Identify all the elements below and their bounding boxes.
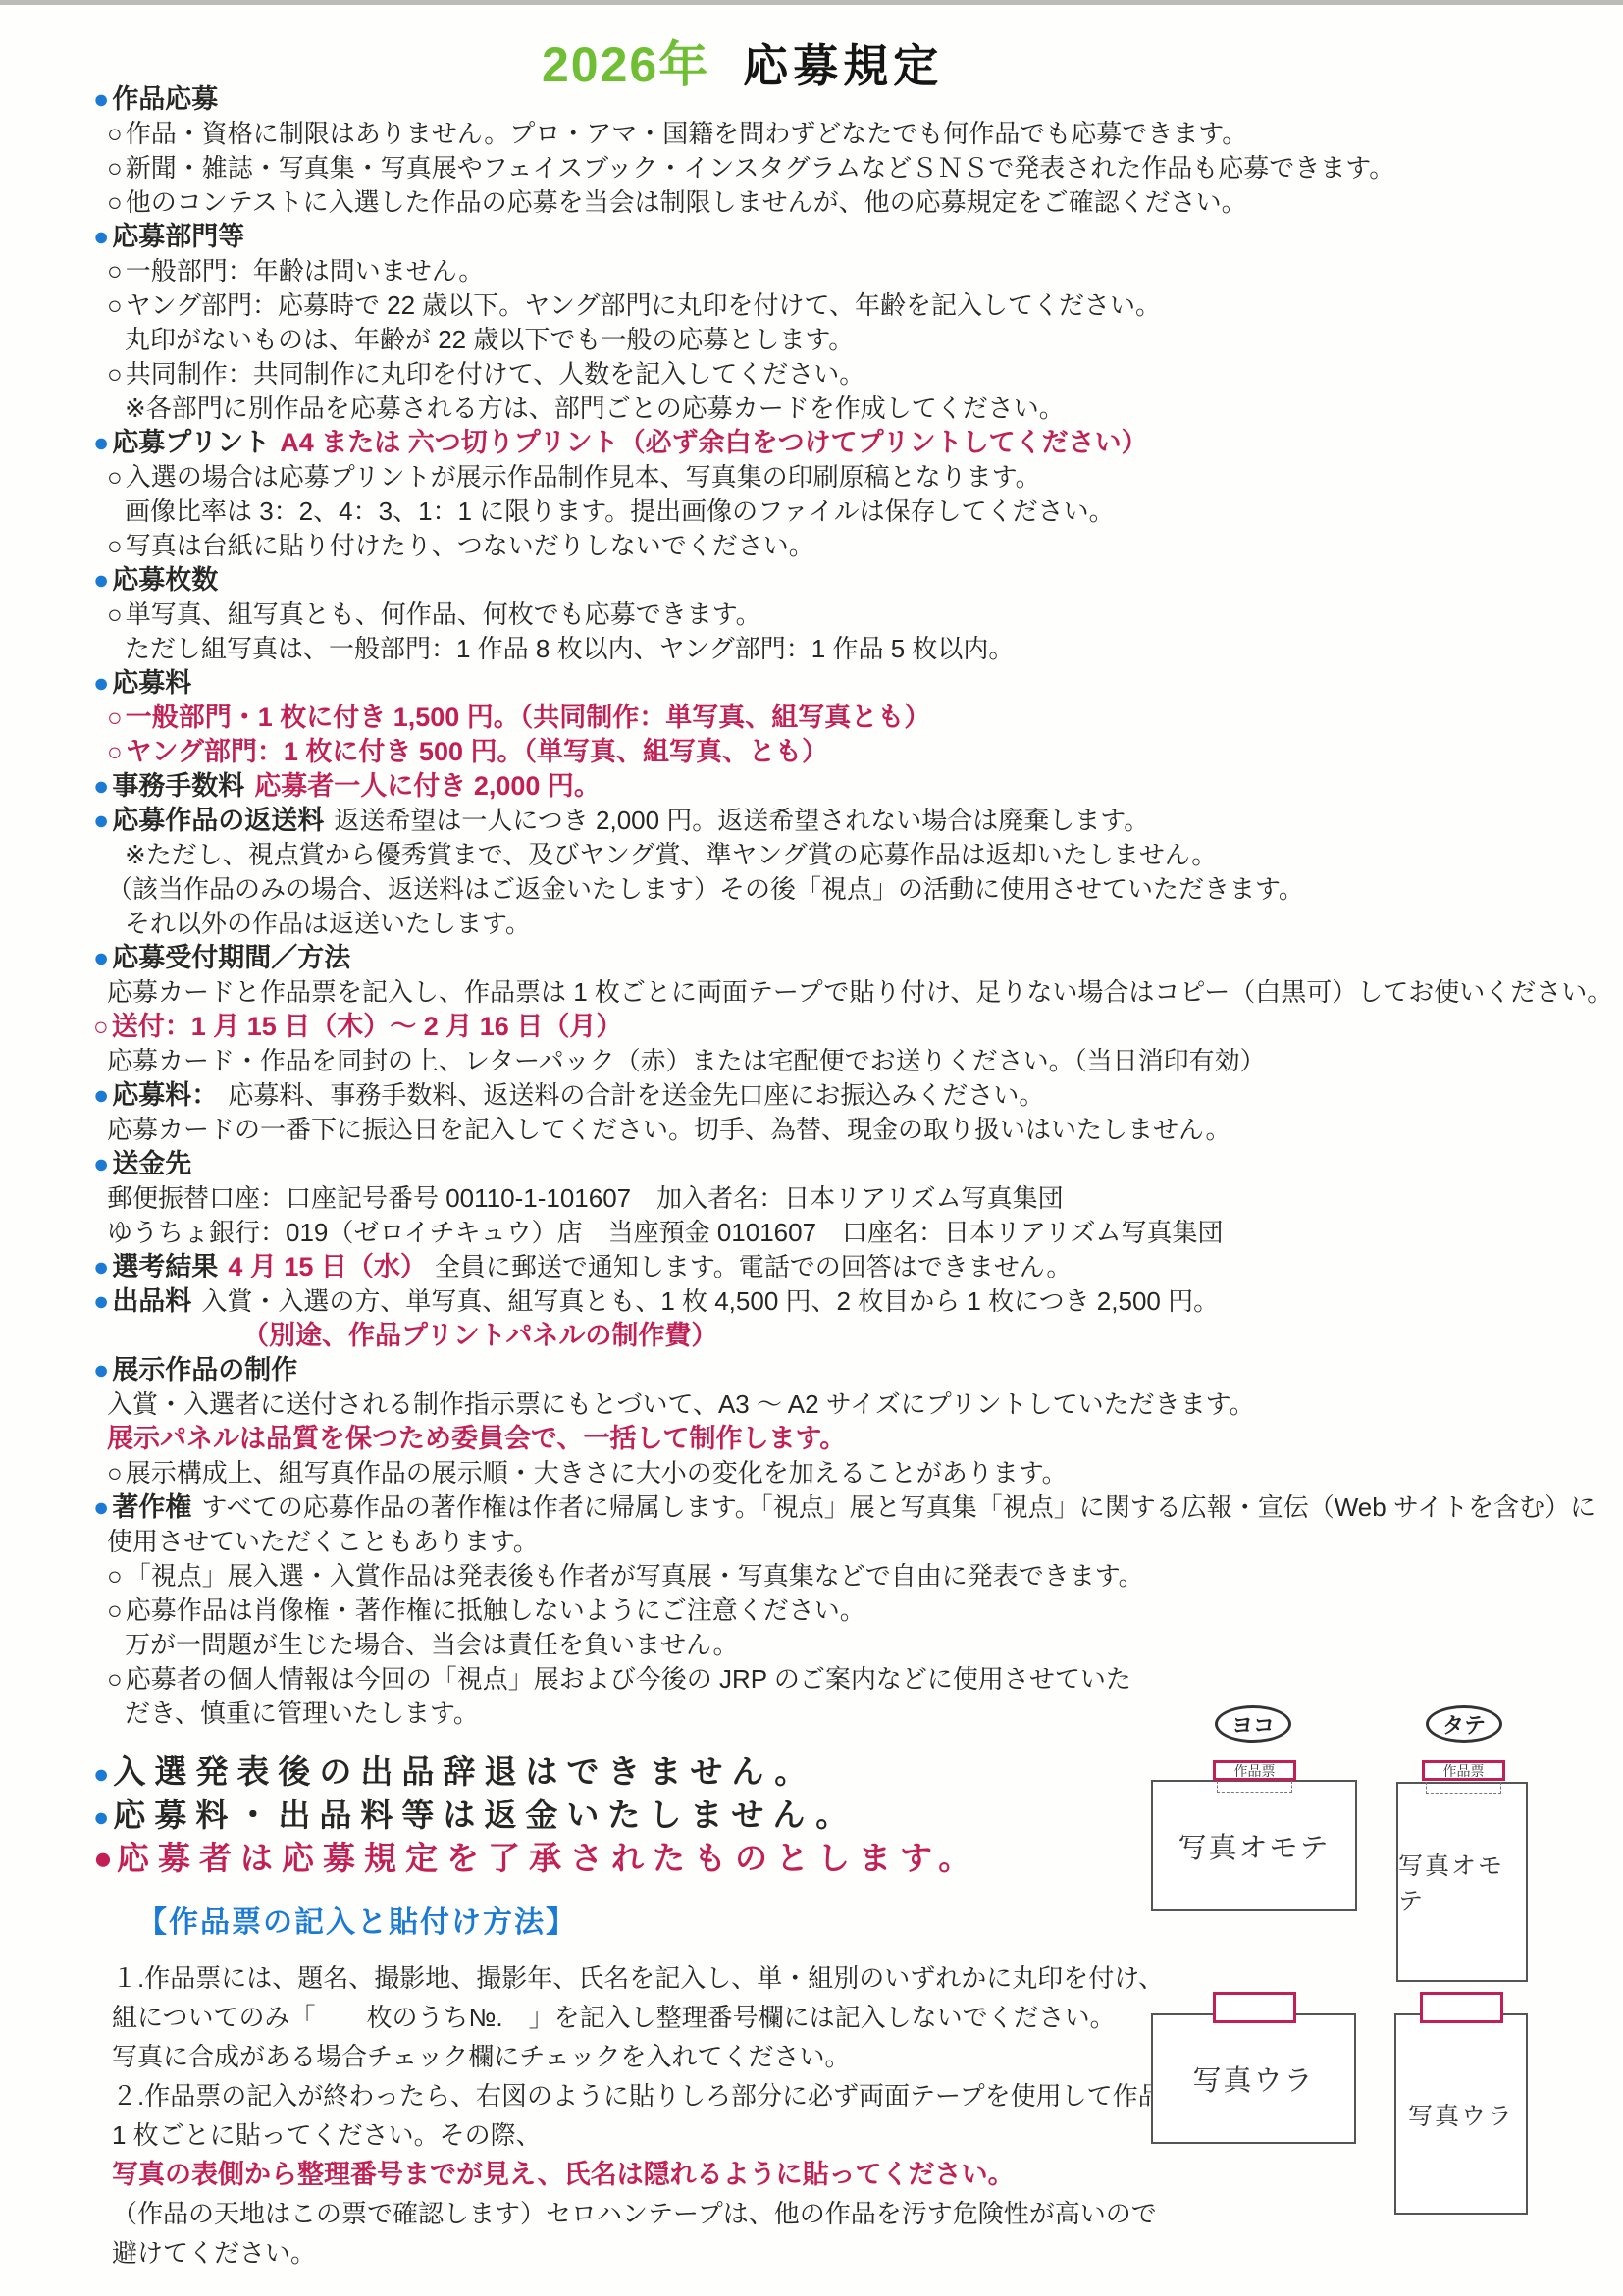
bullet-icon: ● — [93, 1252, 109, 1281]
rule-line: ○他のコンテストに入選した作品の応募を当会は制限しませんが、他の応募規定をご確認… — [93, 185, 1565, 220]
bullet-icon: ● — [93, 806, 109, 835]
rule-line: ●作品応募 — [93, 82, 1565, 117]
circle-icon: ○ — [107, 187, 123, 217]
bullet-icon: ● — [93, 84, 109, 114]
rule-line: ○応募作品は肖像権・著作権に抵触しないようにご注意ください。 — [93, 1593, 1565, 1628]
work-label-tab-front-portrait: 作品票 — [1422, 1760, 1505, 1781]
bullet-icon: ● — [93, 1286, 109, 1316]
section-heading: 展示作品の制作 — [112, 1355, 297, 1384]
rule-line: ※各部門に別作品を応募される方は、部門ごとの応募カードを作成してください。 — [93, 391, 1565, 426]
paste-method-heading: 【作品票の記入と貼付け方法】 — [137, 1898, 577, 1941]
paste-line: １.作品票には、題名、撮影地、撮影年、氏名を記入し、単・組別のいずれかに丸印を付… — [112, 1958, 1164, 1998]
circle-icon: ○ — [107, 600, 123, 629]
rule-line: ●出品料入賞・入選の方、単写真、組写真とも、1 枚 4,500 円、2 枚目から… — [93, 1284, 1565, 1319]
rule-line: ○共同制作：共同制作に丸印を付けて、人数を記入してください。 — [93, 357, 1565, 391]
section-heading: 著作権 — [112, 1492, 191, 1522]
circle-icon: ○ — [107, 462, 123, 492]
rule-line: ●応募料：応募料、事務手数料、返送料の合計を送金先口座にお振込みください。 — [93, 1078, 1565, 1113]
application-rules-page: 2026年 応募規定 ●作品応募 ○作品・資格に制限はありません。プロ・アマ・国… — [0, 0, 1623, 2296]
paste-line: 1 枚ごとに貼ってください。その際、 — [112, 2115, 1164, 2155]
circle-icon: ○ — [107, 290, 123, 320]
rule-line: ●展示作品の制作 — [93, 1353, 1565, 1387]
bullet-icon: ● — [93, 1802, 109, 1832]
photo-front-portrait: 写真オモテ — [1396, 1782, 1528, 1982]
rule-line: 使用させていただくこともあります。 — [93, 1525, 1565, 1559]
rule-line: ○入選の場合は応募プリントが展示作品制作見本、写真集の印刷原稿となります。 — [93, 460, 1565, 495]
glue-area-front-landscape — [1217, 1781, 1292, 1793]
section-heading: 選考結果 — [112, 1252, 218, 1281]
photo-back-landscape: 写真ウラ — [1151, 2013, 1356, 2144]
bullet-icon: ● — [93, 1840, 113, 1876]
paste-line: 避けてください。 — [112, 2233, 1164, 2272]
circle-icon: ○ — [107, 1595, 123, 1625]
bullet-icon: ● — [93, 1080, 109, 1110]
rule-line: 画像比率は 3：2、4：3、1：1 に限ります。提出画像のファイルは保存してくだ… — [93, 495, 1565, 529]
bullet-icon: ● — [93, 428, 109, 457]
rule-line: ○新聞・雑誌・写真集・写真展やフェイスブック・インスタグラムなどＳＮＳで発表され… — [93, 151, 1565, 185]
tate-badge: タテ — [1426, 1705, 1502, 1743]
rule-line: だき、慎重に管理いたします。 — [93, 1696, 1565, 1731]
rule-line: ●応募受付期間／方法 — [93, 941, 1565, 975]
circle-icon: ○ — [107, 737, 123, 766]
work-label-tab-front-landscape: 作品票 — [1213, 1760, 1296, 1781]
rule-line: （該当作品のみの場合、返送料はご返金いたします）その後「視点」の活動に使用させて… — [93, 872, 1565, 907]
rule-line: ○一般部門・1 枚に付き 1,500 円。（共同制作：単写真、組写真とも） — [93, 701, 1565, 735]
section-heading: 出品料 — [112, 1286, 191, 1316]
bullet-icon: ● — [93, 222, 109, 251]
section-heading: 応募料 — [112, 668, 191, 698]
photo-back-portrait: 写真ウラ — [1394, 2013, 1528, 2215]
bullet-icon: ● — [93, 1492, 109, 1522]
rule-line: ※ただし、視点賞から優秀賞まで、及びヤング賞、準ヤング賞の応募作品は返却いたしま… — [93, 838, 1565, 872]
rule-line: ○「視点」展入選・入賞作品は発表後も作者が写真展・写真集などで自由に発表できます… — [93, 1559, 1565, 1593]
bullet-icon: ● — [93, 668, 109, 698]
circle-icon: ○ — [107, 1458, 123, 1487]
rule-line: ○ヤング部門：応募時で 22 歳以下。ヤング部門に丸印を付けて、年齢を記入してく… — [93, 288, 1565, 323]
rule-line: 入賞・入選者に送付される制作指示票にもとづいて、A3 ～ A2 サイズにプリント… — [93, 1387, 1565, 1422]
rule-line: ○応募者の個人情報は今回の「視点」展および今後の JRP のご案内などに使用させ… — [93, 1662, 1565, 1696]
rule-line: ゆうちょ銀行：019（ゼロイチキュウ）店 当座預金 0101607 口座名：日本… — [93, 1216, 1565, 1250]
rule-line: ○作品・資格に制限はありません。プロ・アマ・国籍を問わずどなたでも何作品でも応募… — [93, 117, 1565, 151]
section-heading: 応募プリント — [112, 428, 270, 457]
rule-line: ただし組写真は、一般部門：1 作品 8 枚以内、ヤング部門：1 作品 5 枚以内… — [93, 632, 1565, 666]
rule-line: ●著作権すべての応募作品の著作権は作者に帰属します。「視点」展と写真集「視点」に… — [93, 1490, 1565, 1525]
section-heading: 事務手数料 — [112, 771, 244, 801]
section-heading: 応募料： — [112, 1080, 218, 1110]
rule-line: ●送金先 — [93, 1147, 1565, 1181]
rule-line: ●応募料 — [93, 666, 1565, 701]
section-heading: 応募枚数 — [112, 565, 218, 595]
bullet-icon: ● — [93, 1759, 109, 1789]
circle-icon: ○ — [93, 1012, 109, 1041]
closing-note: ●応募料・出品料等は返金いたしません。 — [93, 1794, 979, 1837]
yoko-badge: ヨコ — [1215, 1705, 1291, 1743]
rule-line: ○一般部門：年齢は問いません。 — [93, 254, 1565, 288]
paste-line: ２.作品票の記入が終わったら、右図のように貼りしろ部分に必ず両面テープを使用して… — [112, 2076, 1164, 2115]
closing-notes: ●入選発表後の出品辞退はできません。 ●応募料・出品料等は返金いたしません。 ●… — [93, 1750, 979, 1880]
circle-icon: ○ — [107, 256, 123, 286]
rule-line: ●選考結果4 月 15 日（水）全員に郵送で通知します。電話での回答はできません… — [93, 1250, 1565, 1284]
rule-line: ●応募作品の返送料返送希望は一人につき 2,000 円。返送希望されない場合は廃… — [93, 804, 1565, 838]
bullet-icon: ● — [93, 1355, 109, 1384]
rule-line: ●事務手数料応募者一人に付き 2,000 円。 — [93, 769, 1565, 804]
paste-line: 写真に合成がある場合チェック欄にチェックを入れてください。 — [112, 2037, 1164, 2076]
closing-note: ●入選発表後の出品辞退はできません。 — [93, 1750, 979, 1794]
rule-line: 応募カードと作品票を記入し、作品票は 1 枚ごとに両面テープで貼り付け、足りない… — [93, 975, 1565, 1010]
rule-line: ○ヤング部門：1 枚に付き 500 円。（単写真、組写真、とも） — [93, 735, 1565, 769]
rules-list: ●作品応募 ○作品・資格に制限はありません。プロ・アマ・国籍を問わずどなたでも何… — [93, 82, 1565, 1731]
section-heading: 応募受付期間／方法 — [112, 943, 350, 972]
rule-line: ○単写真、組写真とも、何作品、何枚でも応募できます。 — [93, 598, 1565, 632]
rule-line: 応募カード・作品を同封の上、レターパック（赤）または宅配便でお送りください。（当… — [93, 1044, 1565, 1078]
circle-icon: ○ — [107, 153, 123, 183]
work-label-tab-back-portrait — [1420, 1992, 1503, 2023]
glue-area-front-portrait — [1426, 1782, 1501, 1794]
paste-line-warning: 写真の表側から整理番号までが見え、氏名は隠れるように貼ってください。 — [112, 2155, 1164, 2194]
work-label-tab-back-landscape — [1213, 1992, 1296, 2023]
circle-icon: ○ — [107, 119, 123, 148]
bullet-icon: ● — [93, 565, 109, 595]
paste-line: （作品の天地はこの票で確認します）セロハンテープは、他の作品を汚す危険性が高いの… — [112, 2194, 1164, 2233]
rule-line: 万が一問題が生じた場合、当会は責任を負いません。 — [93, 1628, 1565, 1662]
rule-line: ○送付：1 月 15 日（木）～ 2 月 16 日（月） — [93, 1010, 1565, 1044]
rule-line: ●応募部門等 — [93, 220, 1565, 254]
rule-line: ○写真は台紙に貼り付けたり、つないだりしないでください。 — [93, 529, 1565, 563]
rule-line: ○展示構成上、組写真作品の展示順・大きさに大小の変化を加えることがあります。 — [93, 1456, 1565, 1490]
rule-line: （別途、作品プリントパネルの制作費） — [93, 1319, 1565, 1353]
rule-line: ●応募枚数 — [93, 563, 1565, 598]
section-heading: 応募部門等 — [112, 222, 244, 251]
rule-line: 展示パネルは品質を保つため委員会で、一括して制作します。 — [93, 1422, 1565, 1456]
circle-icon: ○ — [107, 703, 123, 732]
bullet-icon: ● — [93, 771, 109, 801]
bullet-icon: ● — [93, 1149, 109, 1178]
circle-icon: ○ — [107, 1664, 123, 1694]
section-heading: 作品応募 — [112, 84, 218, 114]
circle-icon: ○ — [107, 531, 123, 560]
rule-line: それ以外の作品は返送いたします。 — [93, 907, 1565, 941]
circle-icon: ○ — [107, 359, 123, 389]
photo-front-landscape: 写真オモテ — [1151, 1780, 1357, 1911]
closing-note: ●応募者は応募規定を了承されたものとします。 — [93, 1837, 979, 1880]
section-heading: 応募作品の返送料 — [112, 806, 324, 835]
paste-method-paragraphs: １.作品票には、題名、撮影地、撮影年、氏名を記入し、単・組別のいずれかに丸印を付… — [112, 1958, 1164, 2272]
scan-edge — [0, 0, 1623, 5]
rule-line: ●応募プリントA4 または 六つ切りプリント（必ず余白をつけてプリントしてくださ… — [93, 426, 1565, 460]
section-heading: 送金先 — [112, 1149, 191, 1178]
rule-line: 丸印がないものは、年齢が 22 歳以下でも一般の応募とします。 — [93, 323, 1565, 357]
paste-line: 組についてのみ「 枚のうち№. 」を記入し整理番号欄には記入しないでください。 — [112, 1998, 1164, 2037]
circle-icon: ○ — [107, 1561, 123, 1591]
rule-line: 郵便振替口座：口座記号番号 00110-1-101607 加入者名：日本リアリズ… — [93, 1181, 1565, 1216]
rule-line: 応募カードの一番下に振込日を記入してください。切手、為替、現金の取り扱いはいたし… — [93, 1113, 1565, 1147]
bullet-icon: ● — [93, 943, 109, 972]
